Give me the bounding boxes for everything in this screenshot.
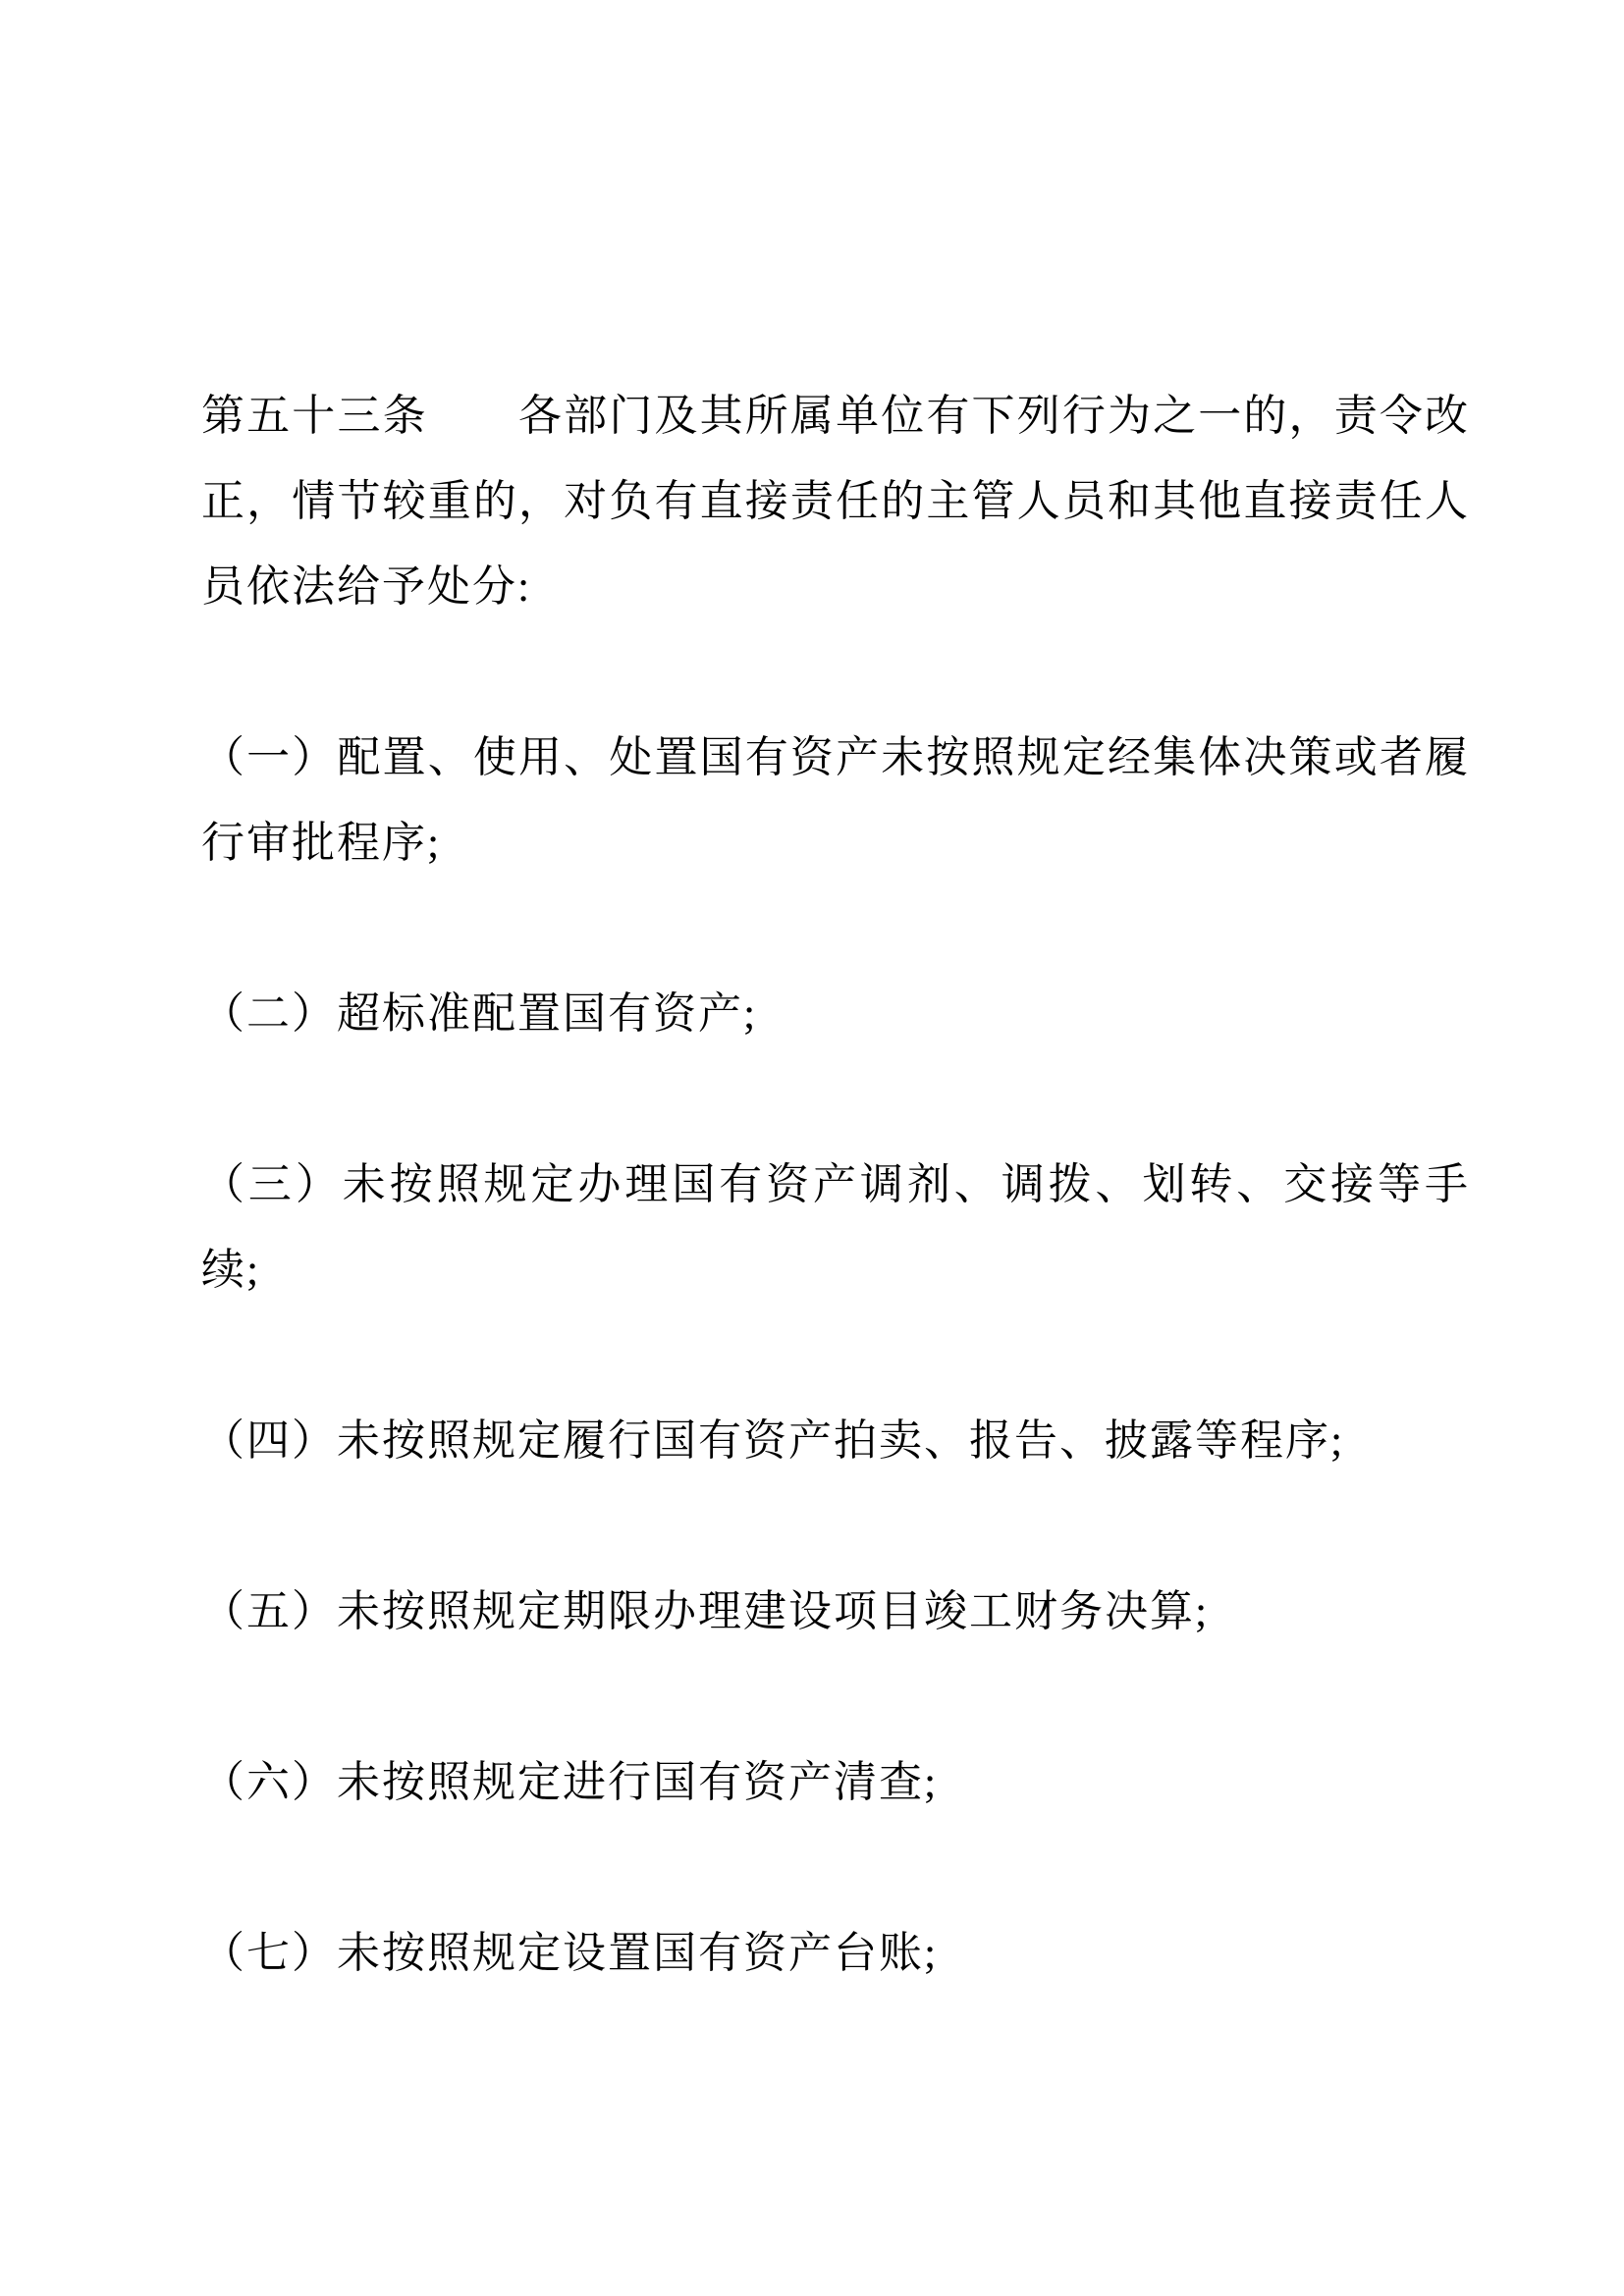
list-item-2: （二）超标准配置国有资产; [201, 971, 1470, 1056]
document-page: 第五十三条 各部门及其所属单位有下列行为之一的，责令改正，情节较重的，对负有直接… [0, 0, 1624, 2296]
text-block: 第五十三条 各部门及其所属单位有下列行为之一的，责令改正，情节较重的，对负有直接… [201, 373, 1470, 1996]
list-item-6: （六）未按照规定进行国有资产清查; [201, 1739, 1470, 1825]
paragraph-article-53: 第五十三条 各部门及其所属单位有下列行为之一的，责令改正，情节较重的，对负有直接… [201, 373, 1470, 629]
list-item-3: （三）未按照规定办理国有资产调剂、调拨、划转、交接等手续; [201, 1142, 1470, 1312]
list-item-4: （四）未按照规定履行国有资产拍卖、报告、披露等程序; [201, 1398, 1470, 1483]
list-item-5: （五）未按照规定期限办理建设项目竣工财务决算; [201, 1569, 1470, 1654]
list-item-1: （一）配置、使用、处置国有资产未按照规定经集体决策或者履行审批程序; [201, 715, 1470, 885]
list-item-7: （七）未按照规定设置国有资产台账; [201, 1910, 1470, 1996]
